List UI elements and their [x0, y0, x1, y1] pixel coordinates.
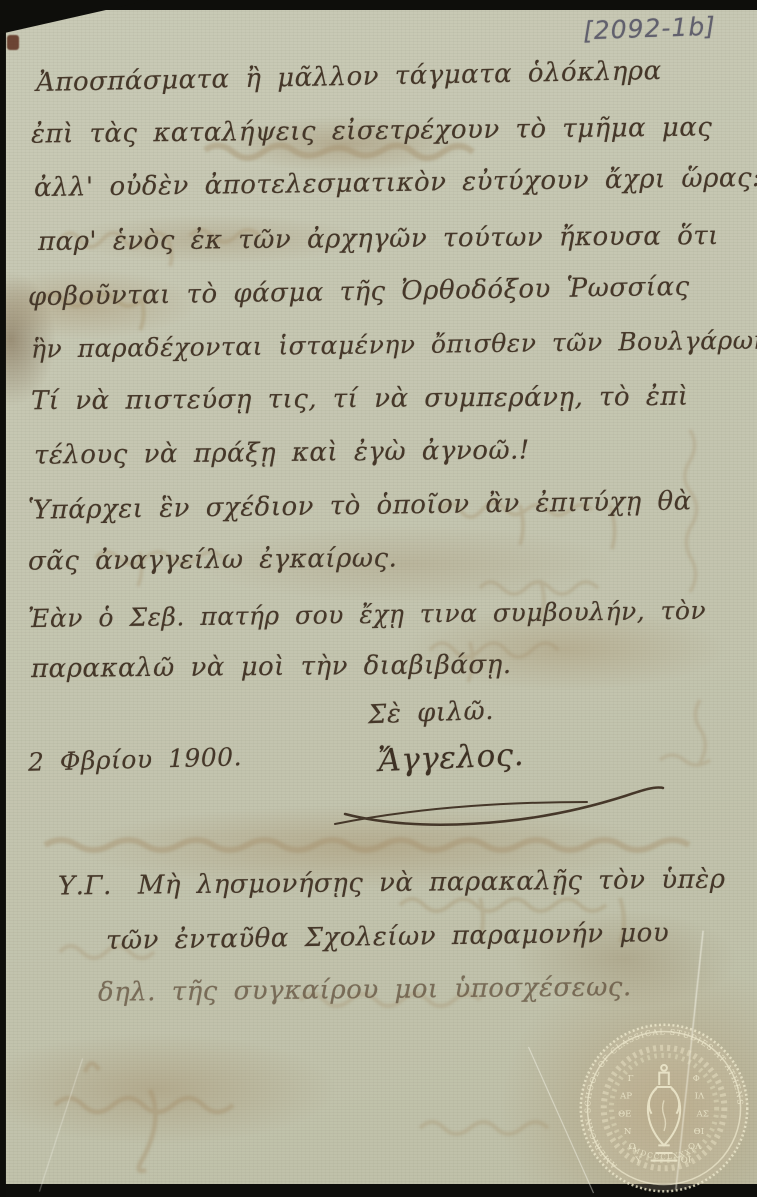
- red-ink-spot: [7, 35, 19, 50]
- seal-greek-letter: ΘΕ: [618, 1110, 631, 1120]
- seal-greek-letter: Ω: [629, 1142, 636, 1152]
- seal-greek-letter: Ν: [624, 1127, 632, 1137]
- letter-line: τέλους νὰ πράξῃ καὶ ἐγὼ ἀγνοῶ.!: [34, 435, 530, 470]
- seal-greek-letter: Υ: [634, 1156, 641, 1166]
- seal-greek-letter: ΟΛ: [688, 1142, 702, 1152]
- seal-greek-letter: ΑΡ: [619, 1091, 632, 1101]
- seal-greek-letter: ΙΛ: [695, 1091, 705, 1101]
- seal-greek-letter: Γ: [628, 1074, 634, 1084]
- postscript-text: Μὴ λησμονήσῃς νὰ παρακαλῇς τὸν ὑπὲρ: [138, 865, 726, 901]
- letter-line: παρακαλῶ νὰ μοὶ τὴν διαβιβάσῃ.: [31, 650, 512, 684]
- letter-line: σᾶς ἀναγγείλω ἐγκαίρως.: [28, 543, 398, 576]
- closing-salutation: Σὲ φιλῶ.: [368, 696, 495, 730]
- seal-greek-letter: ΘΙ: [694, 1127, 704, 1137]
- letter-line: παρ' ἑνὸς ἐκ τῶν ἀρχηγῶν τούτων ἤκουσα ὅ…: [38, 221, 719, 257]
- postscript-line: δηλ. τῆς συγκαίρου μοι ὑποσχέσεως.: [98, 972, 632, 1008]
- letter-line: Τί νὰ πιστεύσῃ τις, τί νὰ συμπεράνῃ, τὸ …: [31, 382, 689, 417]
- signature-flourish: [325, 762, 685, 842]
- date-line: 2 Φβρίου 1900.: [28, 742, 243, 777]
- seal-greek-letter: ΙΟΙ: [677, 1156, 691, 1166]
- seal-greek-letter: Φ: [693, 1074, 700, 1084]
- seal-greek-letter: ΑΣ: [696, 1110, 709, 1120]
- archival-number: [2092-1b]: [583, 12, 717, 46]
- postscript-label: Υ.Γ.: [58, 871, 112, 902]
- scan-edge-left: [0, 0, 6, 1197]
- embossed-seal: AMERICAN SCHOOL OF CLASSICAL STUDIES AT …: [572, 1020, 757, 1197]
